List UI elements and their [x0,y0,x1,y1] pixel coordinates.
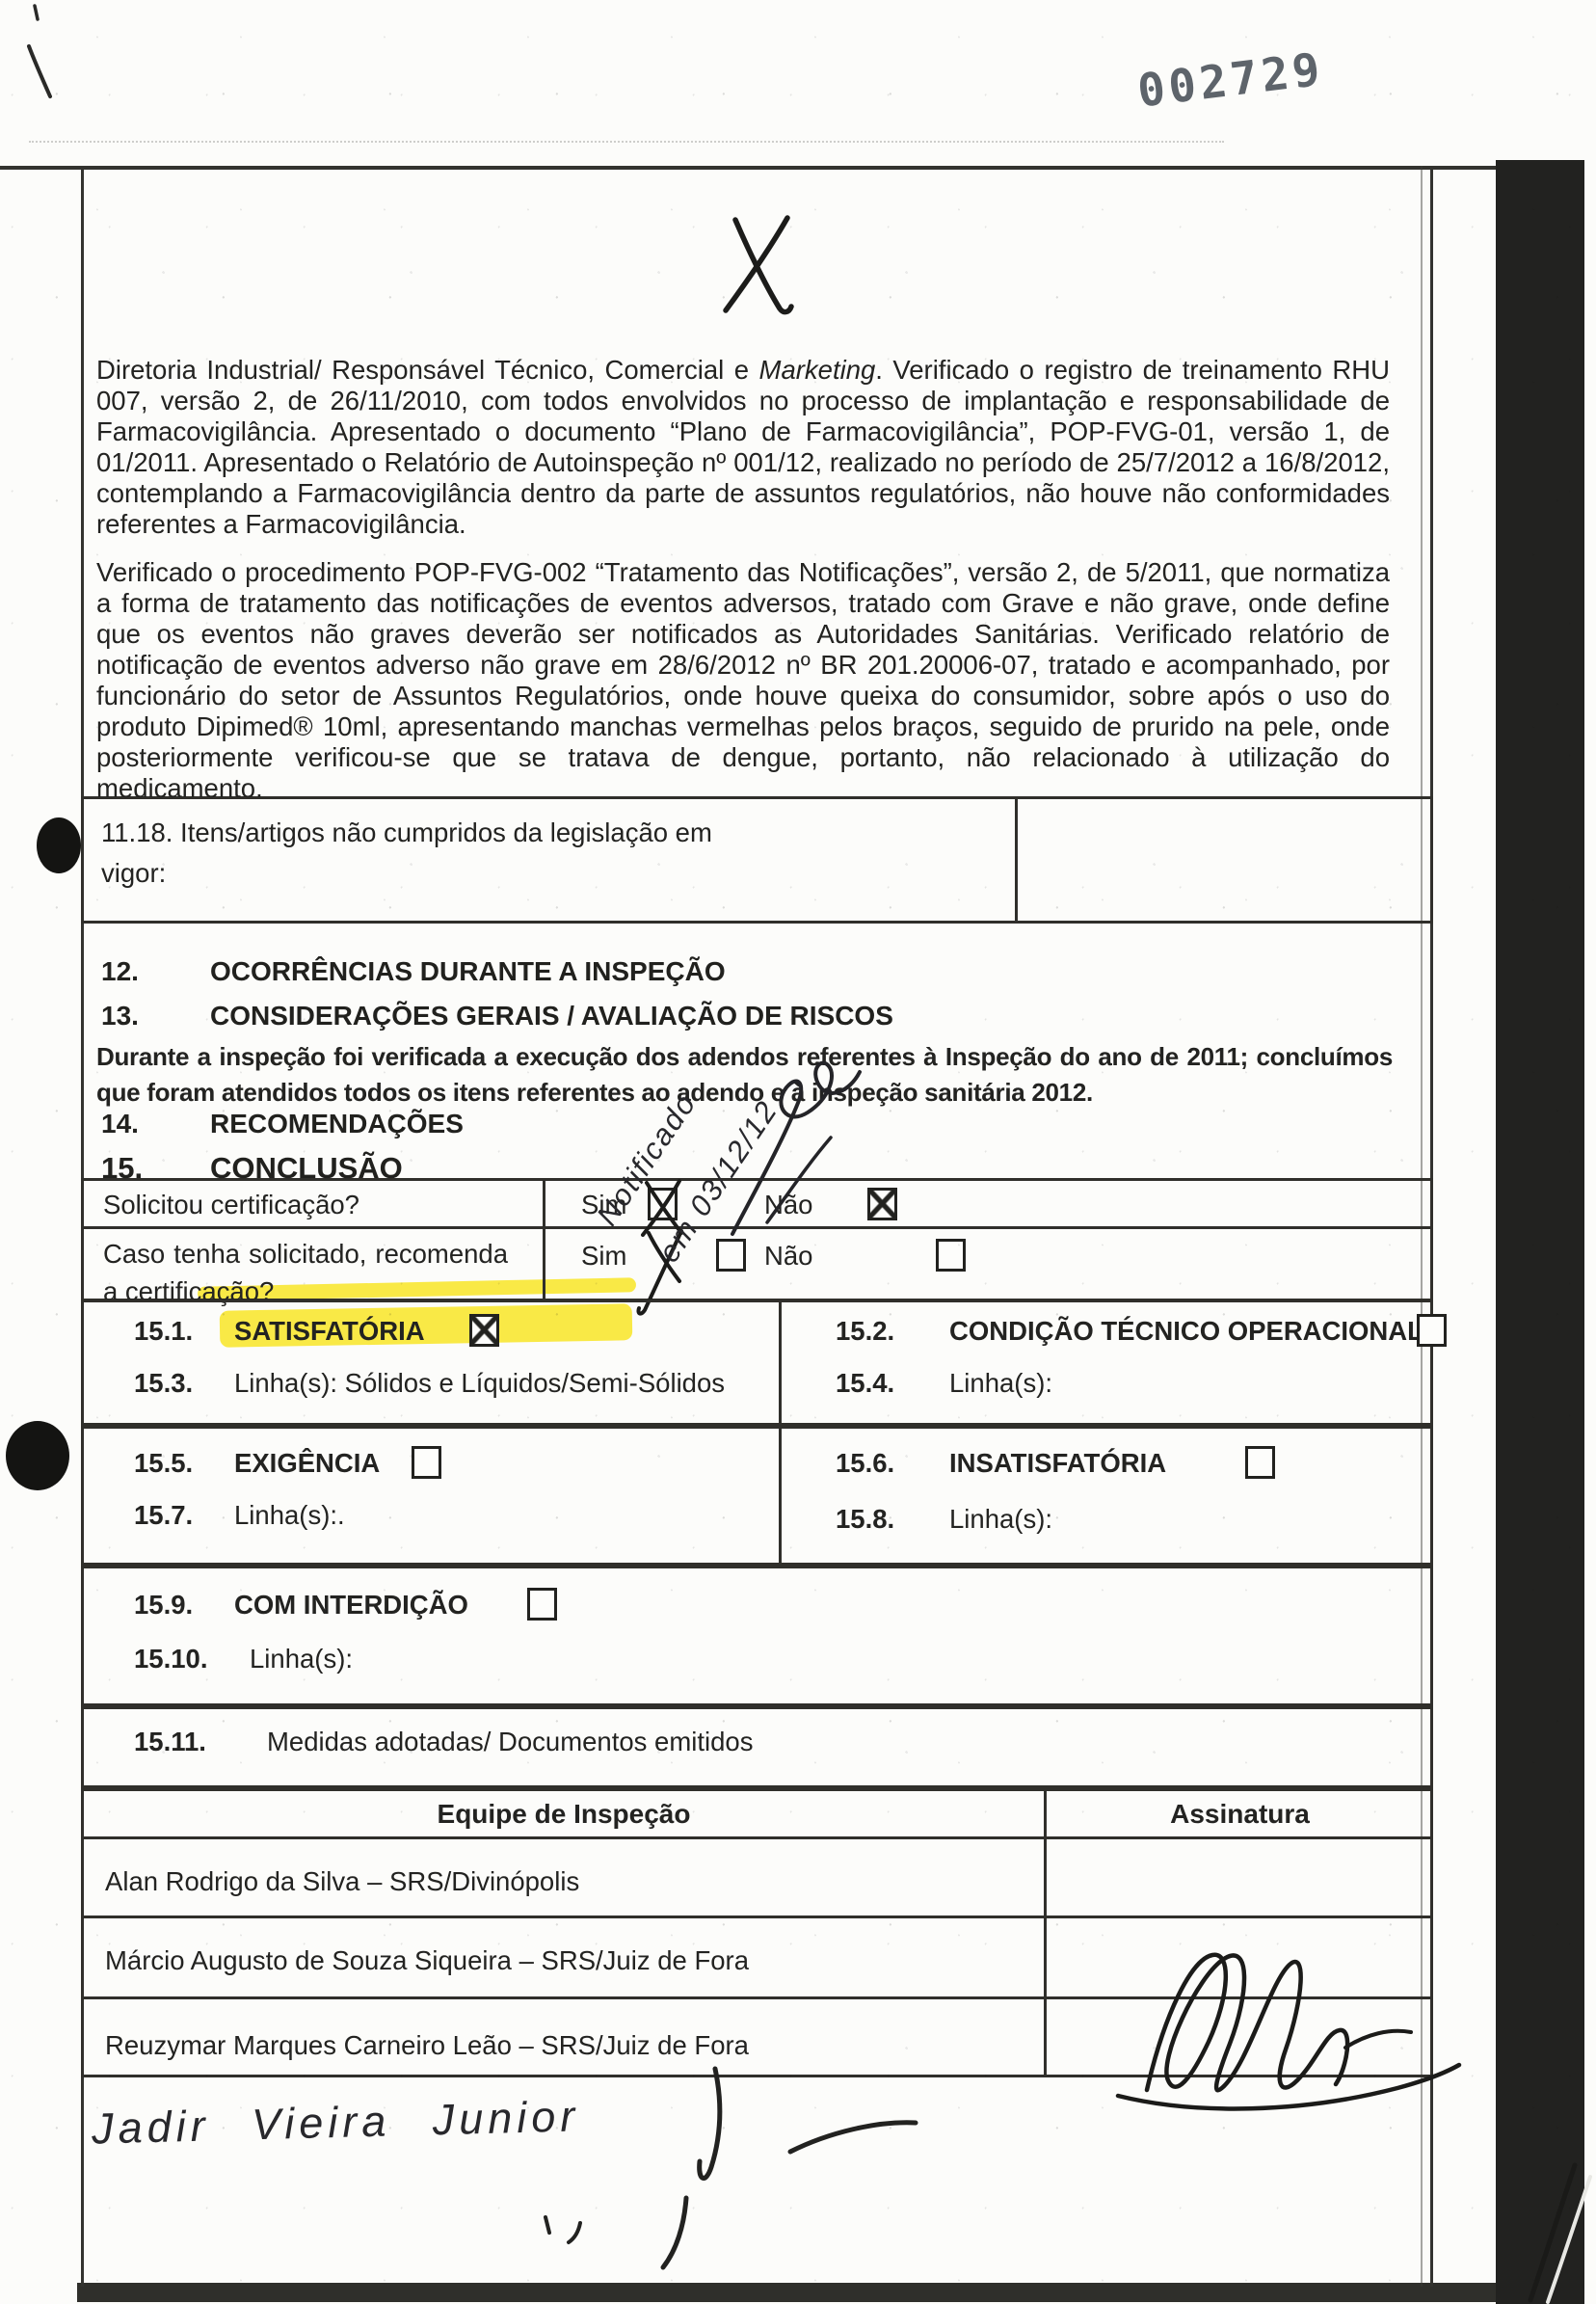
section-12-heading: 12.OCORRÊNCIAS DURANTE A INSPEÇÃO [101,956,726,987]
team-header-equipe: Equipe de Inspeção [84,1799,1044,1830]
section-15-number: 15. [101,1151,210,1186]
item-15-1-label: SATISFATÓRIA [234,1316,425,1347]
section-14-title: RECOMENDAÇÕES [210,1109,464,1139]
section-13-heading: 13.CONSIDERAÇÕES GERAIS / AVALIAÇÃO DE R… [101,1001,893,1031]
item-15-7-number: 15.7. [134,1500,193,1531]
team-member-1: Alan Rodrigo da Silva – SRS/Divinópolis [105,1866,579,1897]
section-13-title: CONSIDERAÇÕES GERAIS / AVALIAÇÃO DE RISC… [210,1001,893,1031]
checkbox-15-6-insatisfatoria[interactable] [1245,1446,1275,1479]
item-15-9-label: COM INTERDIÇÃO [234,1590,468,1621]
conclusion-row-a: 15.1. SATISFATÓRIA 15.2. CONDIÇÃO TÉCNIC… [81,1299,1433,1426]
pen-speck-mark [13,2,71,108]
section-12-title: OCORRÊNCIAS DURANTE A INSPEÇÃO [210,956,726,986]
cert-q2-yes-checkbox[interactable] [716,1239,746,1272]
hole-punch-bottom [6,1421,69,1490]
page-number-stamp: 002729 [1134,42,1326,118]
section-14-heading: 14.RECOMENDAÇÕES [101,1109,464,1139]
bottom-right-pen-strokes [1519,2159,1596,2304]
handwritten-x-mark [708,214,805,320]
team-member-2: Márcio Augusto de Souza Siqueira – SRS/J… [105,1945,749,1976]
item-15-9-number: 15.9. [134,1590,193,1621]
section-15-title: CONCLUSÃO [210,1151,403,1185]
paragraph-1-italic-word: Marketing [759,355,876,385]
item-15-2-number: 15.2. [836,1316,894,1347]
item-15-1-number: 15.1. [134,1316,193,1347]
scan-black-strip [1496,160,1584,2304]
section-14-number: 14. [101,1109,210,1139]
bottom-pen-strokes [463,2053,964,2275]
scan-dotted-line [29,141,1224,143]
item-15-3-number: 15.3. [134,1368,193,1399]
checkbox-15-9-com-interdicao[interactable] [527,1588,557,1621]
conclusion-row-b-divider [779,1428,782,1564]
item-15-7-label: Linha(s):. [234,1500,345,1531]
item-15-8-number: 15.8. [836,1504,894,1535]
section-13-number: 13. [101,1001,210,1031]
conclusion-row-c: 15.9. COM INTERDIÇÃO 15.10. Linha(s): [81,1566,1433,1706]
item-15-6-number: 15.6. [836,1448,894,1479]
cert-q1-no-checkbox[interactable] [867,1188,897,1220]
inspector-signature-scribble [1108,1926,1465,2129]
hole-punch-top [37,817,81,873]
top-horizontal-rule [0,166,1500,170]
team-header-bottom-border [83,1836,1431,1839]
cert-q2-no-checkbox[interactable] [936,1239,966,1272]
item-15-3-label: Linha(s): Sólidos e Líquidos/Semi-Sólido… [234,1368,725,1399]
scanned-inspection-report-page: 002729 Diretoria Industrial/ Responsável… [0,0,1596,2304]
paragraph-farmacovigilancia-1: Diretoria Industrial/ Responsável Técnic… [96,355,1390,540]
box-11-18-label: 11.18. Itens/artigos não cumpridos da le… [101,813,757,894]
certification-col-divider [543,1180,545,1299]
conclusion-row-b: 15.5. EXIGÊNCIA 15.6. INSATISFATÓRIA 15.… [81,1426,1433,1566]
team-row1-bottom-border [83,1916,1431,1918]
item-15-10-label: Linha(s): [250,1644,353,1674]
item-15-2-label: CONDIÇÃO TÉCNICO OPERACIONAL [949,1316,1423,1347]
cert-q2-no-label: Não [764,1241,812,1272]
paragraph-farmacovigilancia-2: Verificado o procedimento POP-FVG-002 “T… [96,557,1390,804]
cert-q2-yes-label: Sim [581,1241,626,1272]
item-15-6-label: INSATISFATÓRIA [949,1448,1166,1479]
item-15-5-label: EXIGÊNCIA [234,1448,380,1479]
item-15-5-number: 15.5. [134,1448,193,1479]
checkbox-15-5-exigencia[interactable] [412,1446,441,1479]
team-table-col-divider [1044,1790,1047,2076]
checkbox-15-1-satisfatoria[interactable] [469,1314,499,1347]
handwritten-note-signature-flourish [715,1049,869,1242]
team-header-assinatura: Assinatura [1044,1799,1436,1830]
section-15-heading: 15.CONCLUSÃO [101,1151,403,1186]
item-15-4-label: Linha(s): [949,1368,1052,1399]
item-15-11-number: 15.11. [134,1727,206,1757]
conclusion-row-d: 15.11. Medidas adotadas/ Documentos emit… [81,1706,1433,1788]
item-15-10-number: 15.10. [134,1644,207,1674]
item-15-11-label: Medidas adotadas/ Documentos emitidos [267,1727,753,1757]
cert-question-1: Solicitou certificação? [103,1190,359,1220]
paragraph-1-text: Diretoria Industrial/ Responsável Técnic… [96,355,759,385]
conclusion-row-a-divider [779,1301,782,1424]
item-15-4-number: 15.4. [836,1368,894,1399]
box-11-18: 11.18. Itens/artigos não cumpridos da le… [81,796,1433,924]
section-12-number: 12. [101,956,210,987]
checkbox-15-2-condicao-tecnico[interactable] [1417,1314,1447,1347]
box-11-18-answer-cell[interactable] [1018,799,1430,921]
scan-bottom-band [77,2283,1496,2302]
item-15-8-label: Linha(s): [949,1504,1052,1535]
